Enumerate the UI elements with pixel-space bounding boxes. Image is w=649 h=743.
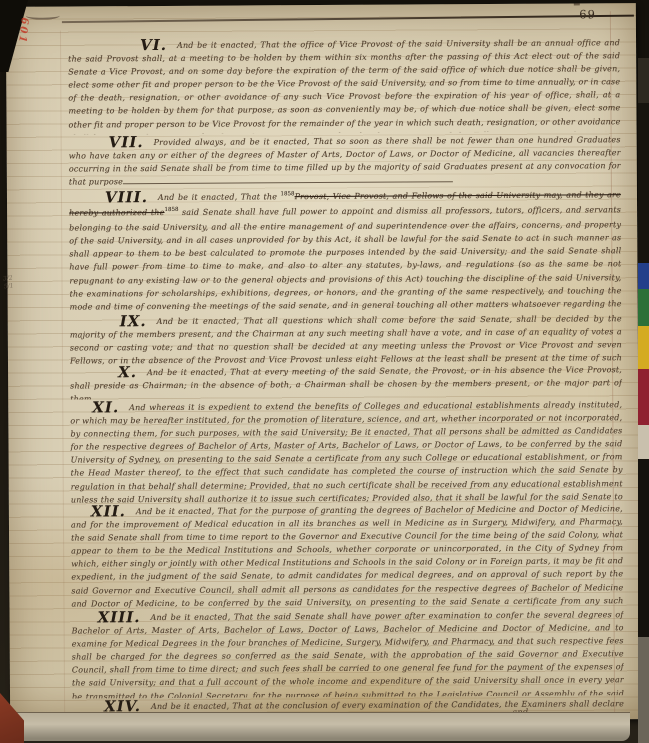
- end-rule: [123, 174, 453, 184]
- colorbar-white-patch: [638, 425, 649, 459]
- left-margin-line: [60, 31, 65, 717]
- margin-pencil-note: 3/2 5/1: [3, 274, 14, 291]
- manuscript-page: 69 3/2 5/1 VI.And be it enacted, That th…: [6, 3, 640, 723]
- section-vi-numeral: VI.: [140, 36, 167, 54]
- section-x-numeral: X.: [118, 363, 137, 381]
- section-ix-body: And be it enacted, That all questions wh…: [70, 314, 622, 364]
- section-xii: XII.And be it enacted, That for the purp…: [71, 501, 624, 609]
- section-vii-numeral: VII.: [109, 133, 144, 151]
- section-x: X.And be it enacted, That at every meeti…: [70, 362, 622, 399]
- colorbar-black-patch: [638, 103, 649, 263]
- illegible-word-scribble: [26, 12, 60, 20]
- section-xiii-numeral: XIII.: [97, 608, 140, 626]
- section-vi: VI.And be it enacted, That the office of…: [68, 35, 621, 134]
- section-xi-body: And whereas it is expedient to extend th…: [70, 400, 623, 503]
- section-viii: VIII.And be it enacted, That the 1858Pro…: [69, 187, 622, 312]
- section-ix: IX.And be it enacted, That all questions…: [70, 311, 622, 364]
- section-xi-numeral: XI.: [92, 398, 119, 416]
- section-xiii: XIII.And be it enacted, That the said Se…: [72, 607, 625, 698]
- section-xiii-body: And be it enacted, That the said Senate …: [72, 610, 624, 698]
- section-xii-numeral: XII.: [91, 502, 126, 520]
- section-vii: VII.Provided always, and be it enacted, …: [69, 132, 621, 188]
- top-header-rule: [62, 15, 634, 23]
- section-ix-numeral: IX.: [120, 312, 147, 330]
- section-viii-body-pre: And be it enacted, That the: [158, 192, 281, 202]
- interlinear-note-2: 1858: [164, 207, 178, 213]
- colorbar-red-patch: [638, 369, 649, 425]
- colorbar-blue-patch: [638, 263, 649, 289]
- colorbar-grey-patch: [638, 637, 649, 743]
- photographed-manuscript: 69 3/2 5/1 VI.And be it enacted, That th…: [0, 0, 649, 743]
- section-xii-body: And be it enacted, That for the purpose …: [71, 504, 624, 609]
- colorbar-yellow-patch: [638, 326, 649, 369]
- section-viii-numeral: VIII.: [105, 188, 148, 206]
- colorbar-green-patch: [638, 289, 649, 326]
- folio-number: 69: [579, 7, 596, 21]
- color-calibration-bar: [638, 58, 649, 743]
- interlinear-note-1: 1858: [281, 191, 295, 197]
- folio-tick-mark: [574, 3, 580, 5]
- section-xi: XI.And whereas it is expedient to extend…: [70, 397, 623, 503]
- underlying-page-edge: [16, 712, 630, 741]
- section-viii-body: said Senate shall have full power to app…: [69, 205, 622, 312]
- colorbar-black-patch-2: [638, 459, 649, 637]
